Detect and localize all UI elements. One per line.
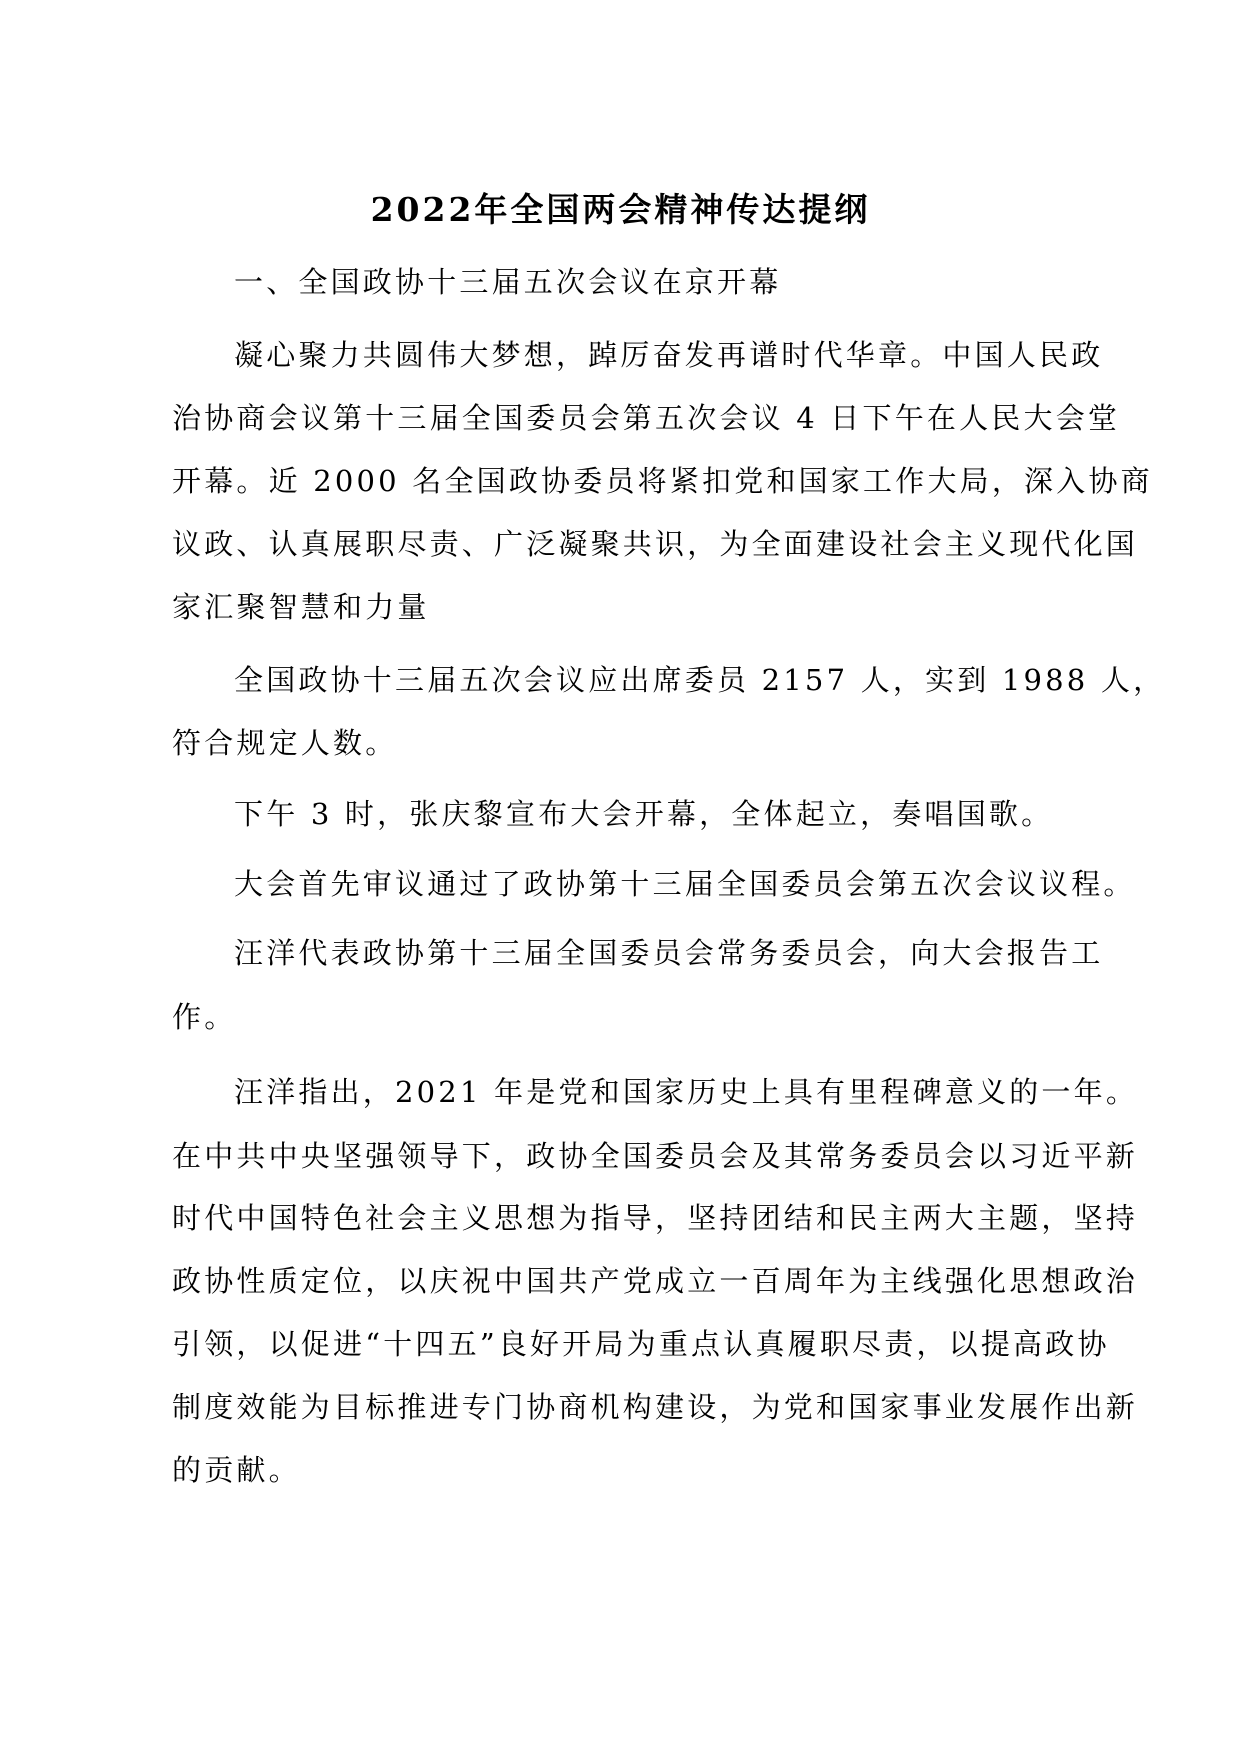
paragraph-line: 全国政协十三届五次会议应出席委员 2157 人，实到 1988 人，: [234, 658, 1165, 702]
paragraph-line: 作。: [172, 995, 236, 1039]
paragraph-line: 政协性质定位，以庆祝中国共产党成立一百周年为主线强化思想政治: [172, 1259, 1138, 1303]
paragraph-line: 汪洋指出，2021 年是党和国家历史上具有里程碑意义的一年。: [234, 1070, 1138, 1114]
paragraph-line: 的贡献。: [172, 1448, 301, 1492]
paragraph-line: 家汇聚智慧和力量: [172, 585, 430, 629]
paragraph-line: 治协商会议第十三届全国委员会第五次会议 4 日下午在人民大会堂: [172, 396, 1120, 440]
paragraph-line: 开幕。近 2000 名全国政协委员将紧扣党和国家工作大局，深入协商: [172, 459, 1153, 503]
section-heading: 一、全国政协十三届五次会议在京开幕: [234, 260, 781, 304]
document-page: 2022年全国两会精神传达提纲 一、全国政协十三届五次会议在京开幕 凝心聚力共圆…: [0, 0, 1241, 1755]
paragraph-line: 在中共中央坚强领导下，政协全国委员会及其常务委员会以习近平新: [172, 1134, 1138, 1178]
paragraph-line: 时代中国特色社会主义思想为指导，坚持团结和民主两大主题，坚持: [172, 1196, 1138, 1240]
paragraph-line: 引领，以促进“十四五”良好开局为重点认真履职尽责，以提高政协: [172, 1322, 1110, 1366]
paragraph-line: 大会首先审议通过了政协第十三届全国委员会第五次会议议程。: [234, 862, 1136, 906]
paragraph-line: 汪洋代表政协第十三届全国委员会常务委员会，向大会报告工: [234, 931, 1103, 975]
paragraph-line: 符合规定人数。: [172, 721, 397, 765]
paragraph-line: 凝心聚力共圆伟大梦想，踔厉奋发再谱时代华章。中国人民政: [234, 333, 1103, 377]
document-title: 2022年全国两会精神传达提纲: [0, 186, 1241, 234]
paragraph-line: 议政、认真展职尽责、广泛凝聚共识，为全面建设社会主义现代化国: [172, 522, 1138, 566]
paragraph-line: 下午 3 时，张庆黎宣布大会开幕，全体起立，奏唱国歌。: [234, 792, 1053, 836]
paragraph-line: 制度效能为目标推进专门协商机构建设，为党和国家事业发展作出新: [172, 1385, 1138, 1429]
